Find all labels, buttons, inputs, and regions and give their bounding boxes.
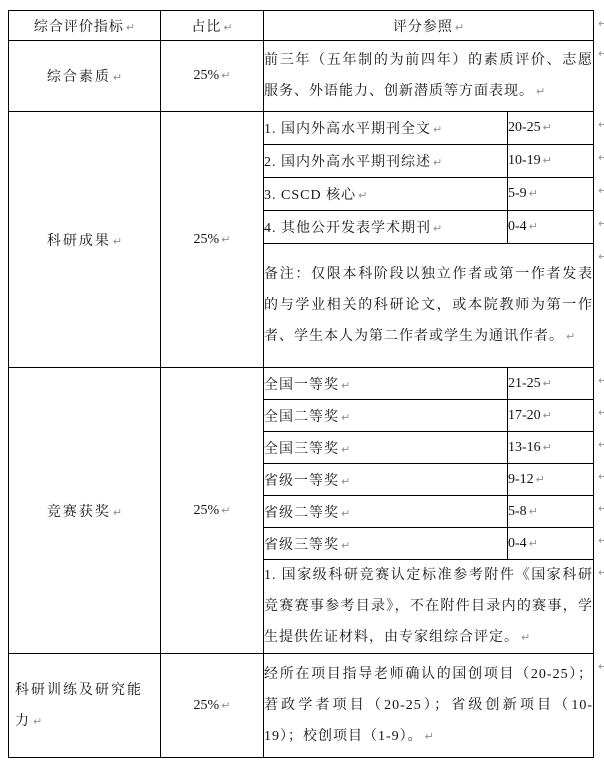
paragraph-mark-icon: ↵: [433, 123, 442, 136]
paragraph-mark-icon: ↵: [341, 507, 350, 520]
row-end-paragraph-mark-icon: ↵: [598, 48, 604, 59]
row-end-paragraph-mark-icon: ↵: [598, 218, 604, 229]
paragraph-mark-icon: ↵: [358, 189, 367, 202]
row-end-paragraph-mark-icon: ↵: [598, 439, 604, 450]
paragraph-mark-icon: ↵: [341, 443, 350, 456]
header-reference-cell: 评分参照↵: [264, 11, 594, 41]
quality-weight: 25%: [194, 68, 220, 83]
paragraph-mark-icon: ↵: [529, 220, 538, 233]
quality-desc-cell: 前三年（五年制的为前四年）的素质评价、志愿服务、外语能力、创新潜质等方面表现。↵: [264, 41, 594, 112]
item-text: 省级三等奖: [264, 538, 339, 553]
research-label-cell: 科研成果↵: [9, 112, 161, 368]
header-reference-label: 评分参照: [393, 20, 453, 35]
competition-note: 1. 国家级科研竞赛认定标准参考附件《国家科研竞赛赛事参考目录》，不在附件目录内…: [264, 568, 593, 645]
header-weight-label: 占比: [191, 20, 221, 35]
score-text: 21-25: [508, 376, 541, 391]
research-item-score: 10-19↵: [508, 145, 594, 178]
score-text: 5-8: [508, 504, 527, 519]
paragraph-mark-icon: ↵: [529, 187, 538, 200]
competition-item-row: 竞赛获奖↵ 25%↵ 全国一等奖↵ 21-25↵: [9, 368, 594, 400]
paragraph-mark-icon: ↵: [221, 504, 230, 517]
training-row: 科研训练及研究能力↵ 25%↵ 经所在项目指导老师确认的国创项目（20-25）；…: [9, 654, 594, 758]
paragraph-mark-icon: ↵: [113, 235, 122, 248]
paragraph-mark-icon: ↵: [536, 473, 545, 486]
quality-label: 综合素质: [47, 70, 111, 85]
research-item-name: 3. CSCD 核心↵: [264, 178, 508, 211]
paragraph-mark-icon: ↵: [221, 699, 230, 712]
row-end-paragraph-mark-icon: ↵: [598, 375, 604, 386]
quality-label-cell: 综合素质↵: [9, 41, 161, 112]
paragraph-mark-icon: ↵: [341, 411, 350, 424]
paragraph-mark-icon: ↵: [341, 475, 350, 488]
paragraph-mark-icon: ↵: [113, 506, 122, 519]
competition-item-score: 13-16↵: [508, 432, 594, 464]
research-note-cell: 备注：仅限本科阶段以独立作者或第一作者发表的与学业相关的科研论文，或本院教师为第…: [264, 244, 594, 368]
row-end-paragraph-mark-icon: ↵: [598, 18, 604, 29]
row-end-paragraph-mark-icon: ↵: [598, 661, 604, 672]
paragraph-mark-icon: ↵: [113, 71, 122, 84]
header-indicator-label: 综合评价指标: [34, 20, 124, 35]
research-item-name: 1. 国内外高水平期刊全文↵: [264, 112, 508, 145]
paragraph-mark-icon: ↵: [529, 537, 538, 550]
competition-item-name: 省级三等奖↵: [264, 528, 508, 560]
item-text: 省级二等奖: [264, 506, 339, 521]
item-text: 1. 国内外高水平期刊全文: [264, 122, 431, 137]
research-label: 科研成果: [47, 234, 111, 249]
paragraph-mark-icon: ↵: [341, 539, 350, 552]
paragraph-mark-icon: ↵: [223, 21, 232, 34]
header-indicator-cell: 综合评价指标↵: [9, 11, 161, 41]
score-text: 20-25: [508, 120, 541, 135]
paragraph-mark-icon: ↵: [543, 377, 552, 390]
research-weight-cell: 25%↵: [161, 112, 264, 368]
row-end-paragraph-mark-icon: ↵: [598, 567, 604, 578]
paragraph-mark-icon: ↵: [33, 715, 42, 728]
paragraph-mark-icon: ↵: [521, 631, 530, 644]
item-text: 省级一等奖: [264, 474, 339, 489]
score-text: 13-16: [508, 440, 541, 455]
competition-item-name: 全国一等奖↵: [264, 368, 508, 400]
score-text: 10-19: [508, 153, 541, 168]
competition-item-name: 全国二等奖↵: [264, 400, 508, 432]
score-text: 5-9: [508, 186, 527, 201]
item-text: 全国三等奖: [264, 442, 339, 457]
paragraph-mark-icon: ↵: [425, 730, 434, 743]
competition-item-score: 0-4↵: [508, 528, 594, 560]
competition-note-cell: 1. 国家级科研竞赛认定标准参考附件《国家科研竞赛赛事参考目录》，不在附件目录内…: [264, 560, 594, 654]
quality-weight-cell: 25%↵: [161, 41, 264, 112]
research-note: 备注：仅限本科阶段以独立作者或第一作者发表的与学业相关的科研论文，或本院教师为第…: [264, 267, 593, 344]
score-text: 9-12: [508, 472, 534, 487]
row-end-paragraph-mark-icon: ↵: [598, 535, 604, 546]
paragraph-mark-icon: ↵: [221, 233, 230, 246]
training-label-cell: 科研训练及研究能力↵: [9, 654, 161, 758]
competition-label-cell: 竞赛获奖↵: [9, 368, 161, 654]
paragraph-mark-icon: ↵: [566, 330, 575, 343]
training-weight-cell: 25%↵: [161, 654, 264, 758]
item-text: 全国一等奖: [264, 378, 339, 393]
row-end-paragraph-mark-icon: ↵: [598, 471, 604, 482]
competition-weight: 25%: [194, 503, 220, 518]
research-item-row: 科研成果↵ 25%↵ 1. 国内外高水平期刊全文↵ 20-25↵: [9, 112, 594, 145]
header-row: 综合评价指标↵ 占比↵ 评分参照↵: [9, 11, 594, 41]
score-text: 17-20: [508, 408, 541, 423]
score-text: 0-4: [508, 536, 527, 551]
paragraph-mark-icon: ↵: [221, 69, 230, 82]
item-text: 4. 其他公开发表学术期刊: [264, 221, 431, 236]
paragraph-mark-icon: ↵: [433, 156, 442, 169]
item-text: 2. 国内外高水平期刊综述: [264, 155, 431, 170]
row-end-paragraph-mark-icon: ↵: [598, 503, 604, 514]
row-end-paragraph-mark-icon: ↵: [598, 119, 604, 130]
competition-item-name: 省级二等奖↵: [264, 496, 508, 528]
row-end-paragraph-mark-icon: ↵: [598, 185, 604, 196]
research-item-name: 4. 其他公开发表学术期刊↵: [264, 211, 508, 244]
paragraph-mark-icon: ↵: [455, 21, 464, 34]
item-text: 3. CSCD 核心: [264, 188, 356, 203]
training-desc-cell: 经所在项目指导老师确认的国创项目（20-25）；莙政学者项目（20-25）；省级…: [264, 654, 594, 758]
competition-item-score: 17-20↵: [508, 400, 594, 432]
competition-item-score: 9-12↵: [508, 464, 594, 496]
research-weight: 25%: [194, 232, 220, 247]
competition-weight-cell: 25%↵: [161, 368, 264, 654]
row-end-paragraph-mark-icon: ↵: [598, 407, 604, 418]
paragraph-mark-icon: ↵: [543, 154, 552, 167]
training-weight: 25%: [194, 698, 220, 713]
paragraph-mark-icon: ↵: [433, 222, 442, 235]
research-item-score: 0-4↵: [508, 211, 594, 244]
evaluation-criteria-table: 综合评价指标↵ 占比↵ 评分参照↵ 综合素质↵ 25%↵ 前三年（五年制的为前四…: [8, 10, 594, 758]
paragraph-mark-icon: ↵: [543, 441, 552, 454]
competition-item-name: 省级一等奖↵: [264, 464, 508, 496]
header-weight-cell: 占比↵: [161, 11, 264, 41]
research-item-score: 5-9↵: [508, 178, 594, 211]
research-item-name: 2. 国内外高水平期刊综述↵: [264, 145, 508, 178]
score-text: 0-4: [508, 219, 527, 234]
paragraph-mark-icon: ↵: [543, 409, 552, 422]
paragraph-mark-icon: ↵: [126, 21, 135, 34]
paragraph-mark-icon: ↵: [341, 379, 350, 392]
document-page: 综合评价指标↵ 占比↵ 评分参照↵ 综合素质↵ 25%↵ 前三年（五年制的为前四…: [0, 0, 604, 764]
competition-item-name: 全国三等奖↵: [264, 432, 508, 464]
competition-label: 竞赛获奖: [47, 505, 111, 520]
research-item-score: 20-25↵: [508, 112, 594, 145]
paragraph-mark-icon: ↵: [536, 85, 545, 98]
quality-row: 综合素质↵ 25%↵ 前三年（五年制的为前四年）的素质评价、志愿服务、外语能力、…: [9, 41, 594, 112]
paragraph-mark-icon: ↵: [529, 505, 538, 518]
row-end-paragraph-mark-icon: ↵: [598, 152, 604, 163]
paragraph-mark-icon: ↵: [543, 121, 552, 134]
competition-item-score: 5-8↵: [508, 496, 594, 528]
row-end-paragraph-mark-icon: ↵: [598, 251, 604, 262]
item-text: 全国二等奖: [264, 410, 339, 425]
competition-item-score: 21-25↵: [508, 368, 594, 400]
